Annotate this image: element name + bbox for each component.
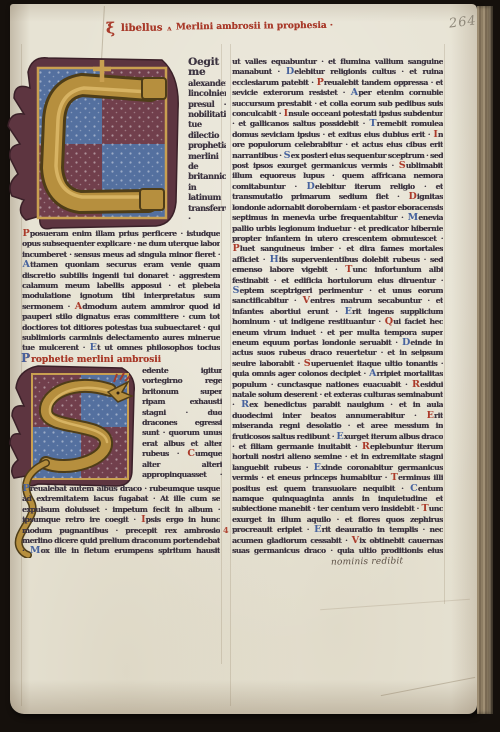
- left-column-narrative: Preualebat autem albus draco · rubeumque…: [22, 484, 220, 557]
- gutter-mark: 4: [223, 525, 229, 535]
- ruling-line: [444, 44, 445, 604]
- text-beside-initial-s: edente igitur vortegirno rege britonum s…: [142, 366, 222, 481]
- left-column-dedication: Pposueram enim illam prius perficere · i…: [22, 229, 220, 354]
- catchword: nominis redibit: [331, 556, 403, 567]
- paraph-initial: P: [21, 351, 31, 365]
- header-rubric: ξlibellus ʌ Merlini ambrosii in prophesi…: [106, 17, 333, 37]
- book-fore-edge: [477, 6, 493, 714]
- section-rubric: Prophetie merlini ambrosii: [21, 351, 161, 365]
- right-column-prophecies: ut valles equabuntur · et flumina valliu…: [232, 57, 443, 557]
- rubric-flourish-icon: ξ: [106, 19, 121, 37]
- insertion-caret-icon: ʌ: [166, 23, 173, 32]
- ruling-line: [230, 44, 231, 706]
- section-rubric-text: rophetie merlini ambrosii: [31, 355, 161, 365]
- illuminated-initial-c: [2, 52, 188, 234]
- manuscript-photo: { "photo": { "folio_number": "264", "cat…: [0, 0, 500, 732]
- text-beside-initial-c: Oegit me alexander lincolniensis presul …: [188, 57, 226, 224]
- header-word2: Merlini ambrosii in prophesia ·: [176, 20, 333, 32]
- header-word1: libellus: [121, 23, 163, 34]
